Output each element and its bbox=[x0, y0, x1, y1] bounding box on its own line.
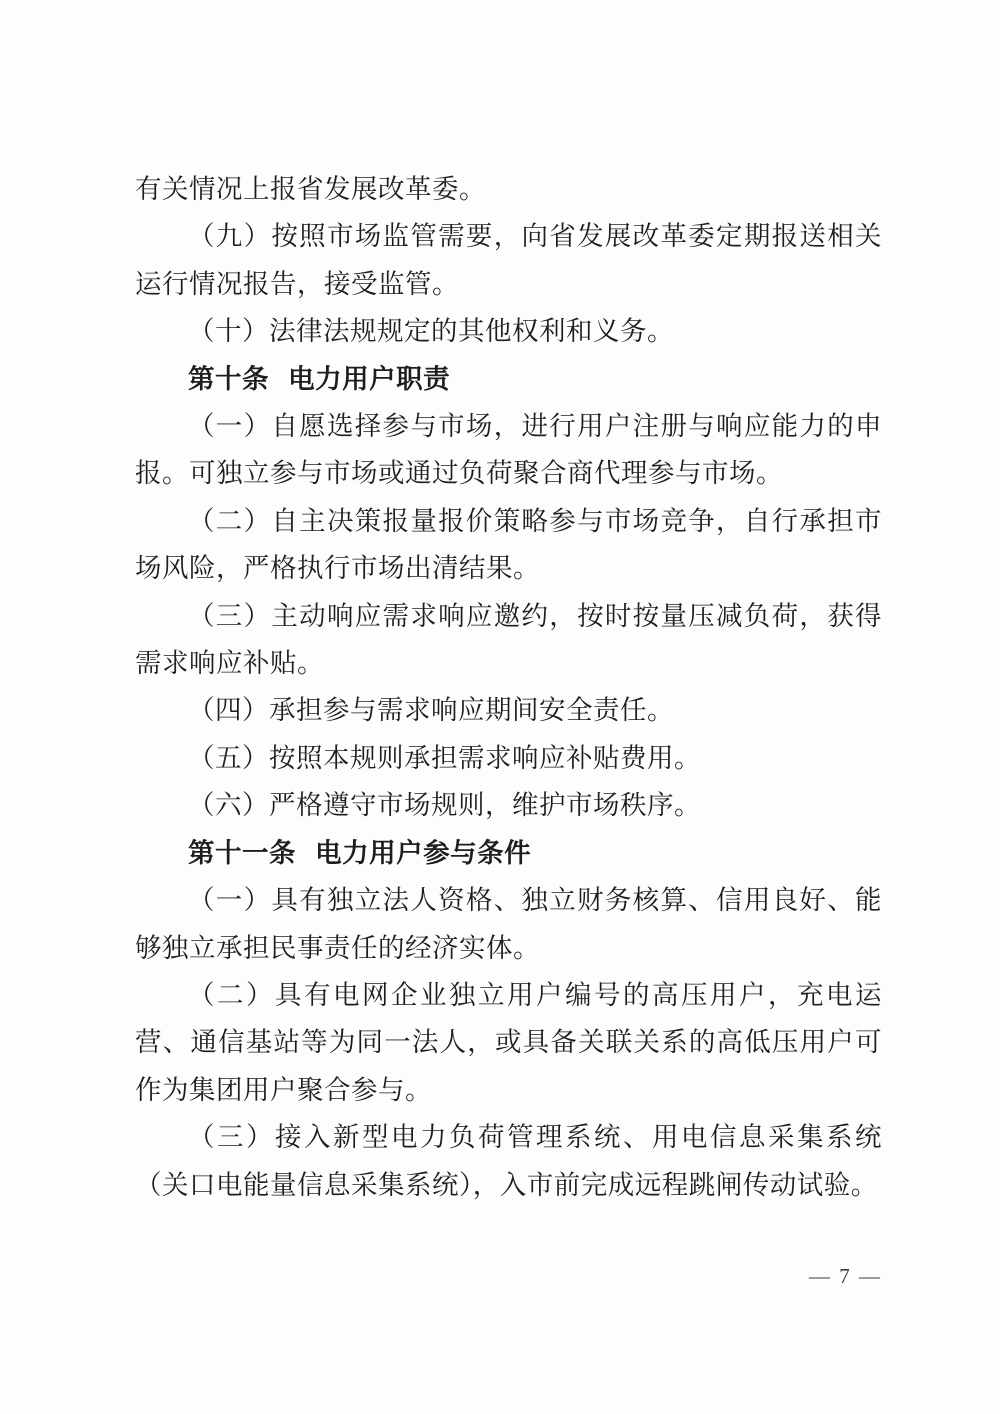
paragraph: （二）自主决策报量报价策略参与市场竞争，自行承担市场风险，严格执行市场出清结果。 bbox=[135, 498, 882, 593]
article-number: 第十一条 bbox=[188, 838, 296, 868]
paragraph: （三）接入新型电力负荷管理系统、用电信息采集系统（关口电能量信息采集系统），入市… bbox=[135, 1114, 882, 1209]
article-title: 电力用户参与条件 bbox=[315, 838, 531, 868]
paragraph: （六）严格遵守市场规则，维护市场秩序。 bbox=[135, 782, 882, 829]
page-number: — 7 — bbox=[809, 1264, 882, 1289]
article-number: 第十条 bbox=[188, 364, 269, 394]
paragraph: （十）法律法规规定的其他权利和义务。 bbox=[135, 308, 882, 355]
paragraph: （三）主动响应需求响应邀约，按时按量压减负荷，获得需求响应补贴。 bbox=[135, 593, 882, 688]
paragraph: （九）按照市场监管需要，向省发展改革委定期报送相关运行情况报告，接受监管。 bbox=[135, 213, 882, 308]
article-heading: 第十条电力用户职责 bbox=[135, 356, 882, 403]
paragraph: （二）具有电网企业独立用户编号的高压用户，充电运营、通信基站等为同一法人，或具备… bbox=[135, 972, 882, 1114]
paragraph: （一）具有独立法人资格、独立财务核算、信用良好、能够独立承担民事责任的经济实体。 bbox=[135, 877, 882, 972]
document-body: 有关情况上报省发展改革委。（九）按照市场监管需要，向省发展改革委定期报送相关运行… bbox=[135, 166, 882, 1209]
article-title: 电力用户职责 bbox=[288, 364, 450, 394]
paragraph: 有关情况上报省发展改革委。 bbox=[135, 166, 882, 213]
paragraph: （五）按照本规则承担需求响应补贴费用。 bbox=[135, 735, 882, 782]
paragraph: （四）承担参与需求响应期间安全责任。 bbox=[135, 687, 882, 734]
document-page: 有关情况上报省发展改革委。（九）按照市场监管需要，向省发展改革委定期报送相关运行… bbox=[0, 0, 1000, 1414]
paragraph: （一）自愿选择参与市场，进行用户注册与响应能力的申报。可独立参与市场或通过负荷聚… bbox=[135, 403, 882, 498]
article-heading: 第十一条电力用户参与条件 bbox=[135, 830, 882, 877]
